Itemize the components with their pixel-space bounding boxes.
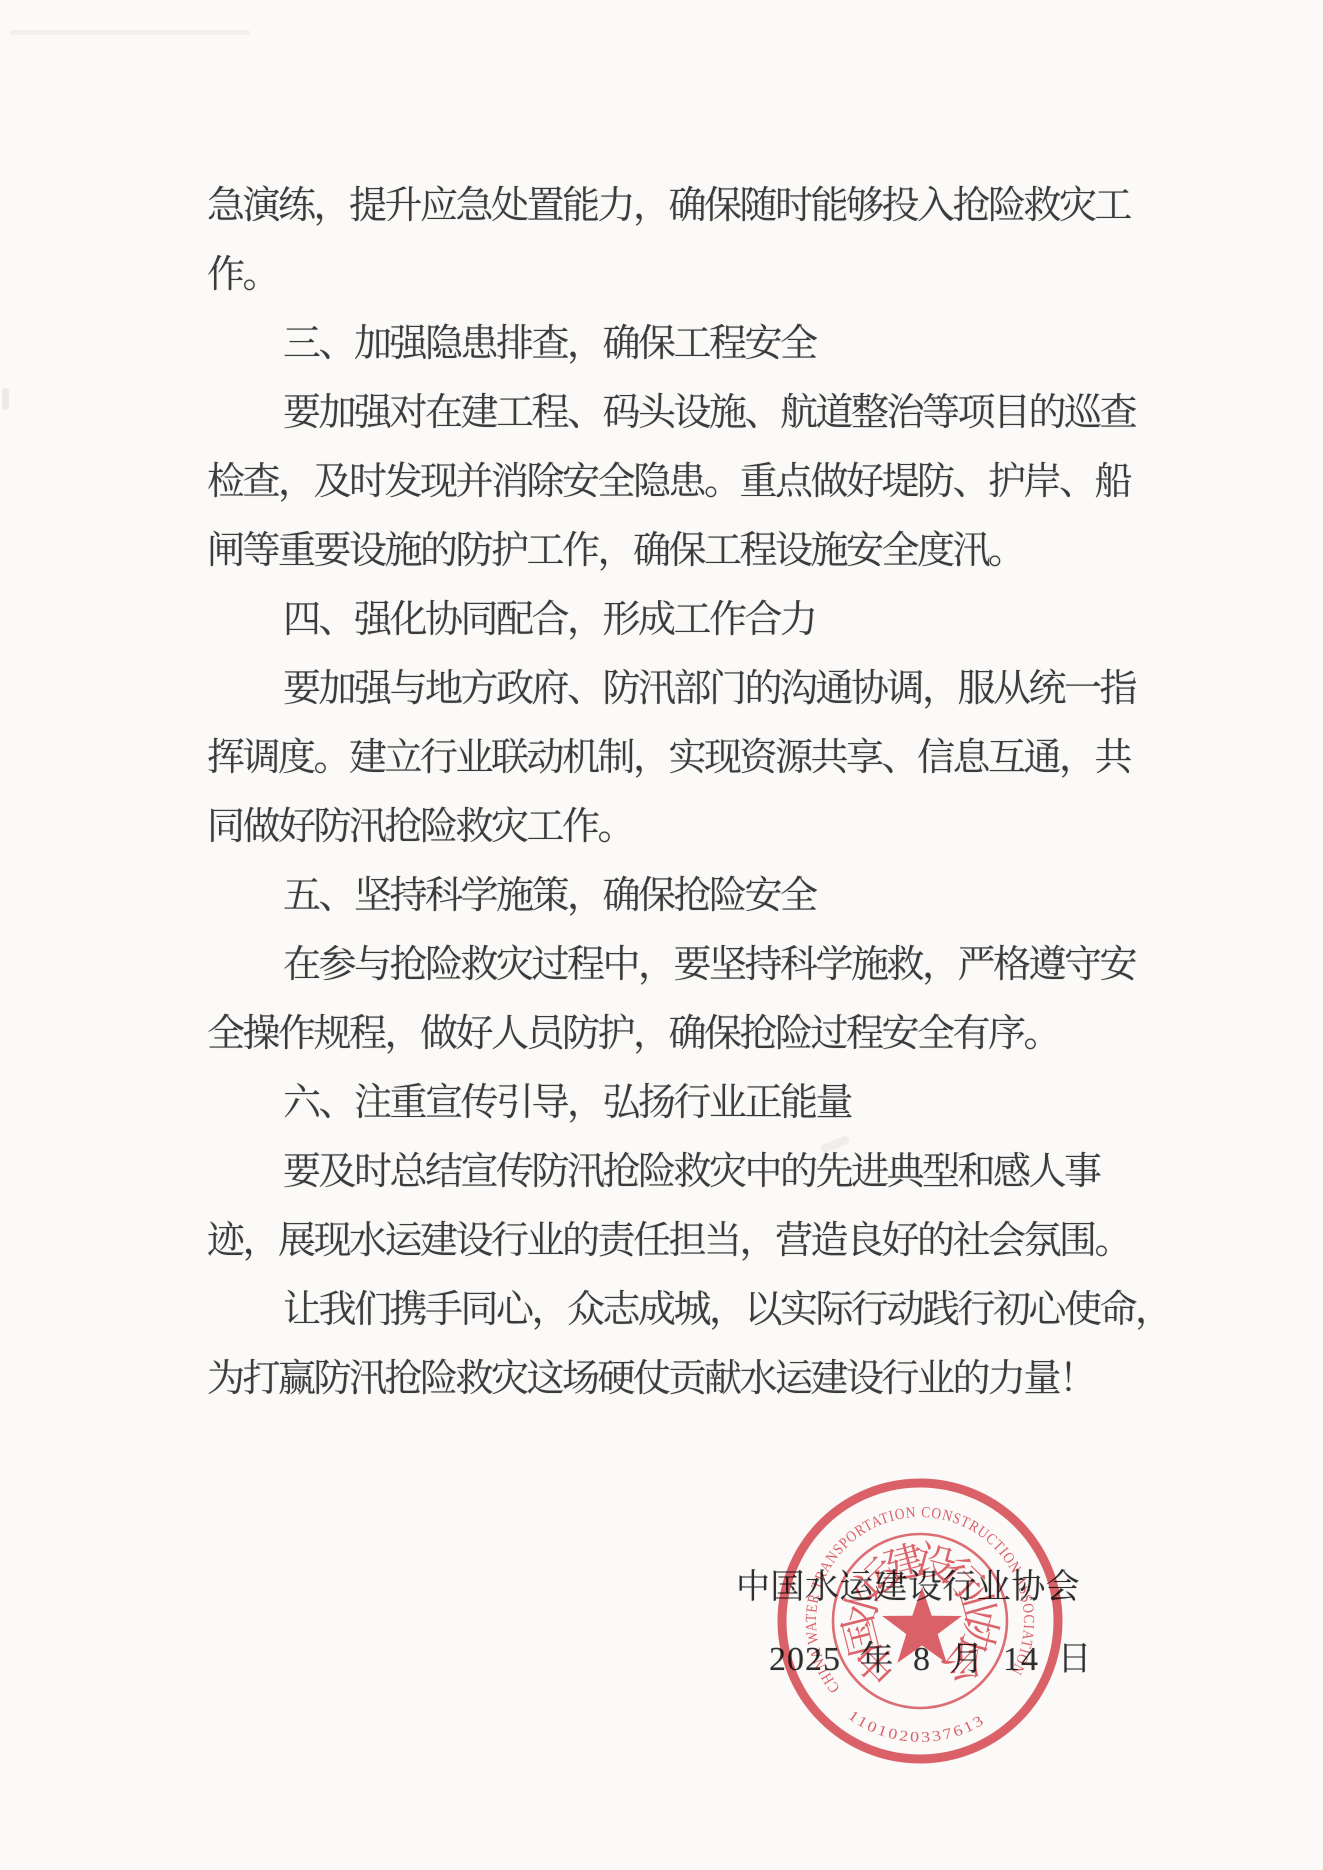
section-heading-3: 三、加强隐患排查，确保工程安全 bbox=[207, 310, 1187, 379]
scan-smudge bbox=[10, 30, 250, 35]
body-line: 挥调度。建立行业联动机制，实现资源共享、信息互通，共 bbox=[207, 724, 1187, 793]
document-page: 急演练，提升应急处置能力，确保随时能够投入抢险救灾工 作。 三、加强隐患排查，确… bbox=[0, 0, 1323, 1870]
body-line: 要加强对在建工程、码头设施、航道整治等项目的巡查 bbox=[207, 379, 1187, 448]
body-line: 要加强与地方政府、防汛部门的沟通协调，服从统一指 bbox=[207, 655, 1187, 724]
body-line: 全操作规程，做好人员防护，确保抢险过程安全有序。 bbox=[207, 1000, 1187, 1069]
section-heading-6: 六、注重宣传引导，弘扬行业正能量 bbox=[207, 1069, 1187, 1138]
official-seal-stamp: CHINA WATER TRANSPORTATION CONSTRUCTION … bbox=[770, 1471, 1070, 1771]
body-line: 闸等重要设施的防护工作，确保工程设施安全度汛。 bbox=[207, 517, 1187, 586]
section-heading-4: 四、强化协同配合，形成工作合力 bbox=[207, 586, 1187, 655]
body-line: 同做好防汛抢险救灾工作。 bbox=[207, 793, 1187, 862]
body-line: 急演练，提升应急处置能力，确保随时能够投入抢险救灾工 bbox=[207, 172, 1187, 241]
body-line: 迹，展现水运建设行业的责任担当，营造良好的社会氛围。 bbox=[207, 1207, 1187, 1276]
body-line: 在参与抢险救灾过程中，要坚持科学施救，严格遵守安 bbox=[207, 931, 1187, 1000]
body-line: 要及时总结宣传防汛抢险救灾中的先进典型和感人事 bbox=[207, 1138, 1187, 1207]
body-line: 让我们携手同心，众志成城，以实际行动践行初心使命， bbox=[207, 1276, 1187, 1345]
scan-smudge bbox=[2, 388, 9, 410]
seal-outer-ring bbox=[782, 1483, 1058, 1759]
body-line: 检查，及时发现并消除安全隐患。重点做好堤防、护岸、船 bbox=[207, 448, 1187, 517]
body-line: 为打赢防汛抢险救灾这场硬仗贡献水运建设行业的力量！ bbox=[207, 1345, 1187, 1414]
document-body: 急演练，提升应急处置能力，确保随时能够投入抢险救灾工 作。 三、加强隐患排查，确… bbox=[207, 172, 1187, 1414]
section-heading-5: 五、坚持科学施策，确保抢险安全 bbox=[207, 862, 1187, 931]
seal-code: 1101020337613 bbox=[845, 1708, 989, 1746]
body-line: 作。 bbox=[207, 241, 1187, 310]
signature-date: 2025 年 8 月 14 日 bbox=[769, 1638, 1093, 1682]
signature-org: 中国水运建设行业协会 bbox=[736, 1566, 1080, 1610]
